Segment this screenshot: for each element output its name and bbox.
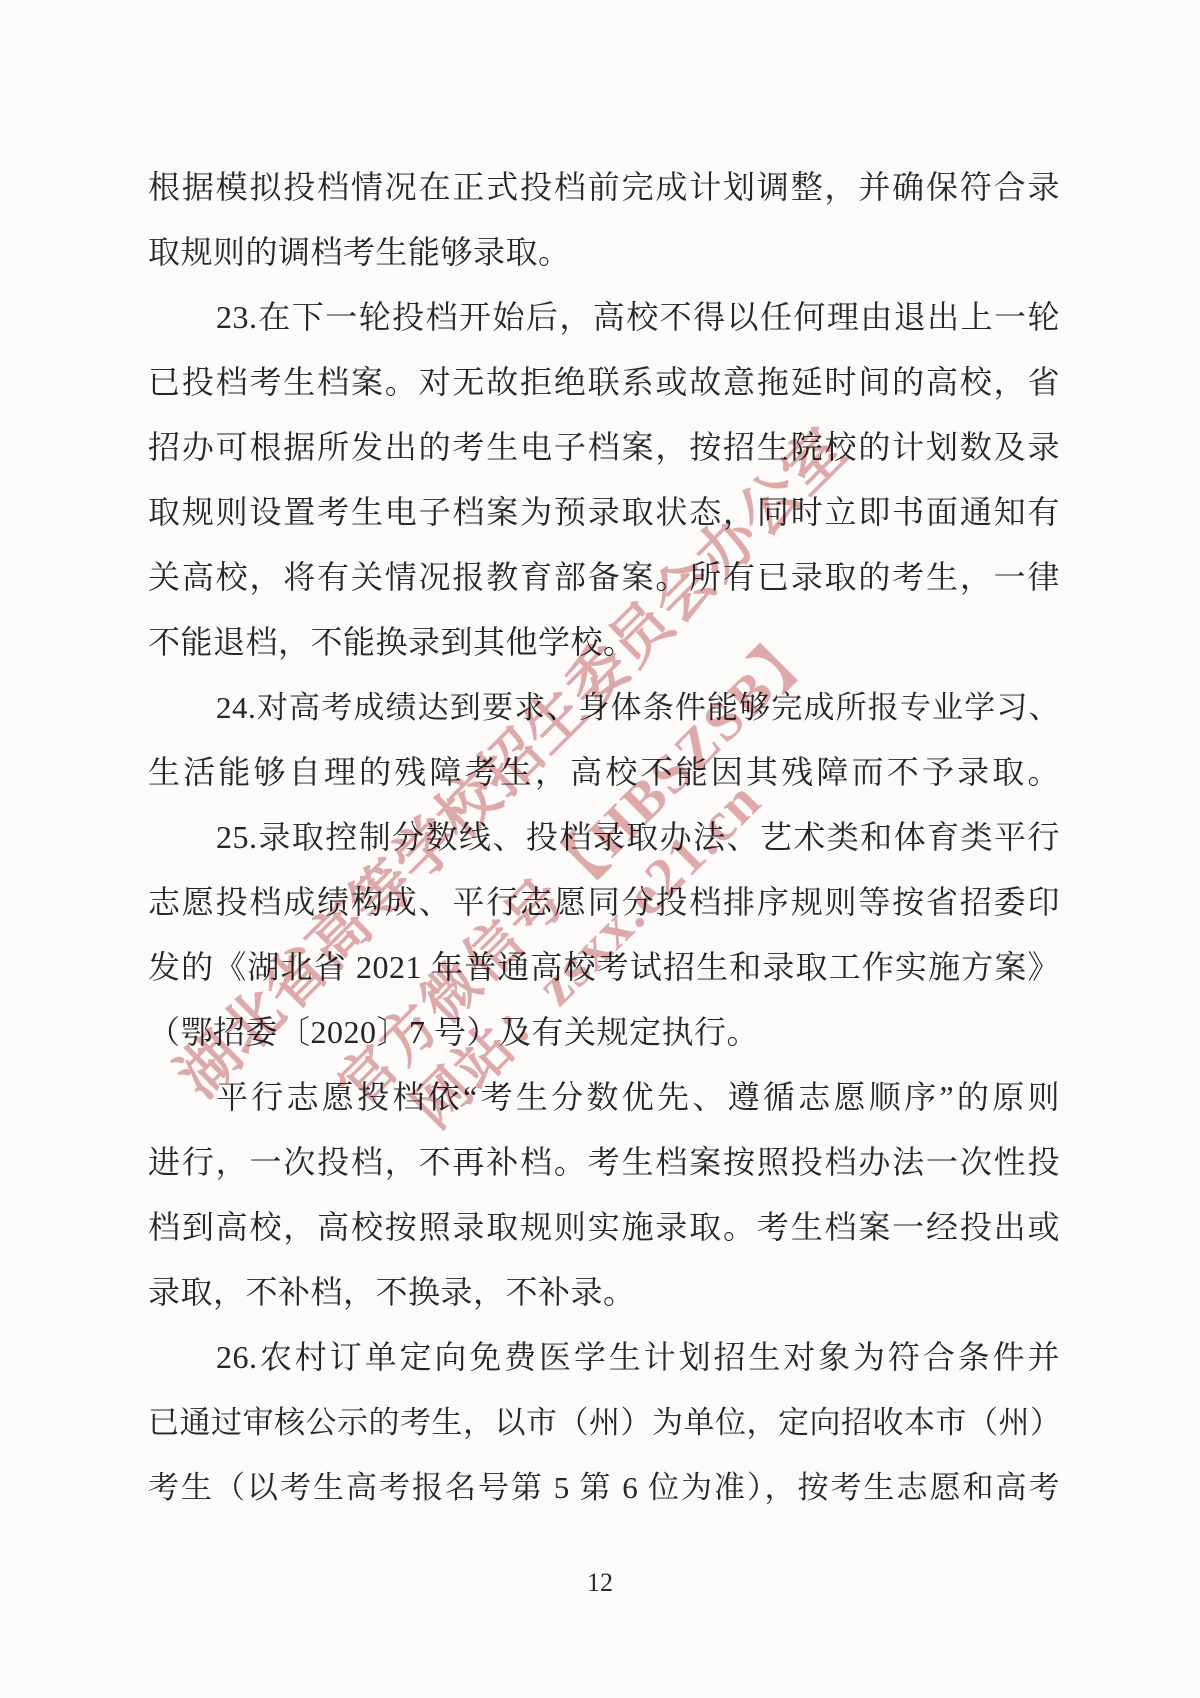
text-line: 26.农村订单定向免费医学生计划招生对象为符合条件并 — [148, 1325, 1060, 1390]
text-line: 关高校，将有关情况报教育部备案。所有已录取的考生，一律 — [148, 545, 1060, 610]
text-line: 根据模拟投档情况在正式投档前完成计划调整，并确保符合录 — [148, 155, 1060, 220]
document-page: 根据模拟投档情况在正式投档前完成计划调整，并确保符合录取规则的调档考生能够录取。… — [0, 0, 1200, 1698]
document-text-block: 根据模拟投档情况在正式投档前完成计划调整，并确保符合录取规则的调档考生能够录取。… — [148, 155, 1060, 1520]
page-number: 12 — [0, 1568, 1200, 1598]
text-line: 24.对高考成绩达到要求、身体条件能够完成所报专业学习、 — [148, 675, 1060, 740]
text-line: 已投档考生档案。对无故拒绝联系或故意拖延时间的高校，省 — [148, 350, 1060, 415]
text-line: （鄂招委〔2020〕7 号）及有关规定执行。 — [148, 1000, 1060, 1065]
text-line: 取规则设置考生电子档案为预录取状态，同时立即书面通知有 — [148, 480, 1060, 545]
text-line: 已通过审核公示的考生，以市（州）为单位，定向招收本市（州） — [148, 1390, 1060, 1455]
text-line: 23.在下一轮投档开始后，高校不得以任何理由退出上一轮 — [148, 285, 1060, 350]
text-line: 志愿投档成绩构成、平行志愿同分投档排序规则等按省招委印 — [148, 870, 1060, 935]
text-line: 取规则的调档考生能够录取。 — [148, 220, 1060, 285]
text-line: 生活能够自理的残障考生，高校不能因其残障而不予录取。 — [148, 740, 1060, 805]
text-line: 档到高校，高校按照录取规则实施录取。考生档案一经投出或 — [148, 1195, 1060, 1260]
text-line: 进行，一次投档，不再补档。考生档案按照投档办法一次性投 — [148, 1130, 1060, 1195]
text-line: 考生（以考生高考报名号第 5 第 6 位为准），按考生志愿和高考 — [148, 1455, 1060, 1520]
text-line: 25.录取控制分数线、投档录取办法、艺术类和体育类平行 — [148, 805, 1060, 870]
text-line: 录取，不补档，不换录，不补录。 — [148, 1260, 1060, 1325]
text-line: 平行志愿投档依“考生分数优先、遵循志愿顺序”的原则 — [148, 1065, 1060, 1130]
text-line: 发的《湖北省 2021 年普通高校考试招生和录取工作实施方案》 — [148, 935, 1060, 1000]
text-line: 招办可根据所发出的考生电子档案，按招生院校的计划数及录 — [148, 415, 1060, 480]
text-line: 不能退档，不能换录到其他学校。 — [148, 610, 1060, 675]
